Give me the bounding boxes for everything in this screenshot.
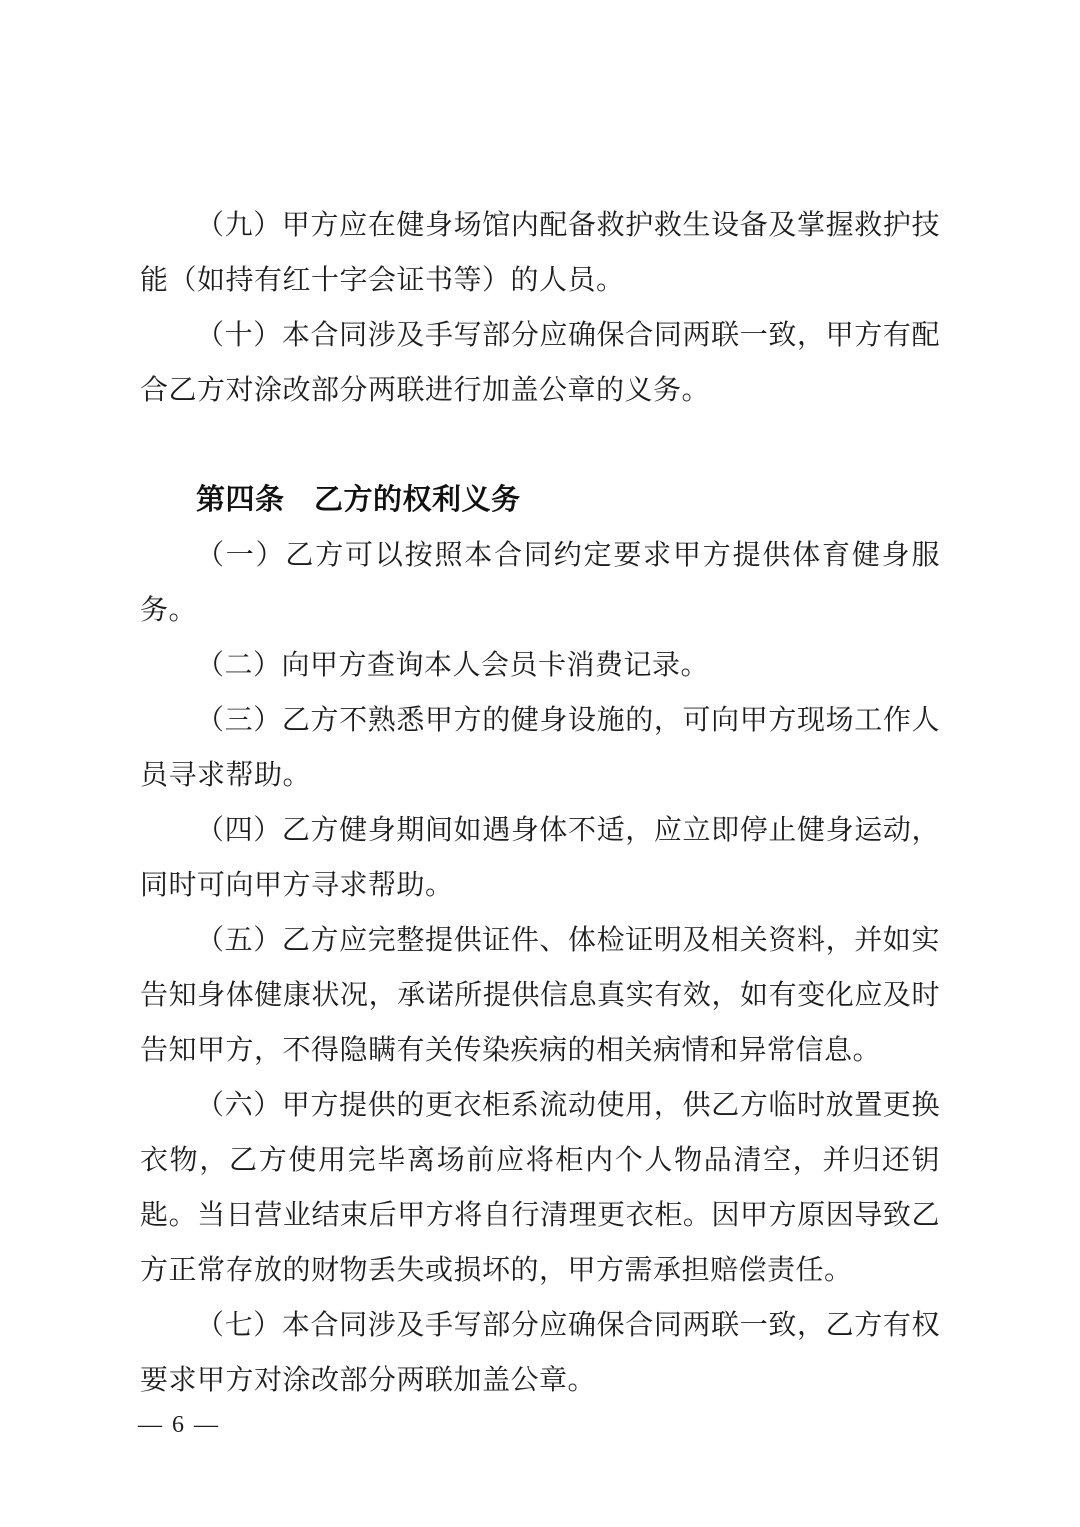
clause-10-jiafang: （十）本合同涉及手写部分应确保合同两联一致，甲方有配合乙方对涂改部分两联进行加盖… xyxy=(140,308,940,418)
clause-5-yifang: （五）乙方应完整提供证件、体检证明及相关资料，并如实告知身体健康状况，承诺所提供… xyxy=(140,913,940,1078)
clause-1-yifang: （一）乙方可以按照本合同约定要求甲方提供体育健身服务。 xyxy=(140,528,940,638)
page-number: — 6 — xyxy=(138,1410,220,1440)
clause-9-jiafang: （九）甲方应在健身场馆内配备救护救生设备及掌握救护技能（如持有红十字会证书等）的… xyxy=(140,198,940,308)
section-heading-article-4: 第四条 乙方的权利义务 xyxy=(140,473,940,528)
contract-page: （九）甲方应在健身场馆内配备救护救生设备及掌握救护技能（如持有红十字会证书等）的… xyxy=(0,0,1080,1527)
clause-4-yifang: （四）乙方健身期间如遇身体不适，应立即停止健身运动，同时可向甲方寻求帮助。 xyxy=(140,803,940,913)
clause-3-yifang: （三）乙方不熟悉甲方的健身设施的，可向甲方现场工作人员寻求帮助。 xyxy=(140,693,940,803)
clause-2-yifang: （二）向甲方查询本人会员卡消费记录。 xyxy=(140,638,940,693)
clause-7-yifang: （七）本合同涉及手写部分应确保合同两联一致，乙方有权要求甲方对涂改部分两联加盖公… xyxy=(140,1298,940,1408)
clause-6-yifang: （六）甲方提供的更衣柜系流动使用，供乙方临时放置更换衣物，乙方使用完毕离场前应将… xyxy=(140,1078,940,1298)
document-body: （九）甲方应在健身场馆内配备救护救生设备及掌握救护技能（如持有红十字会证书等）的… xyxy=(140,198,940,1408)
